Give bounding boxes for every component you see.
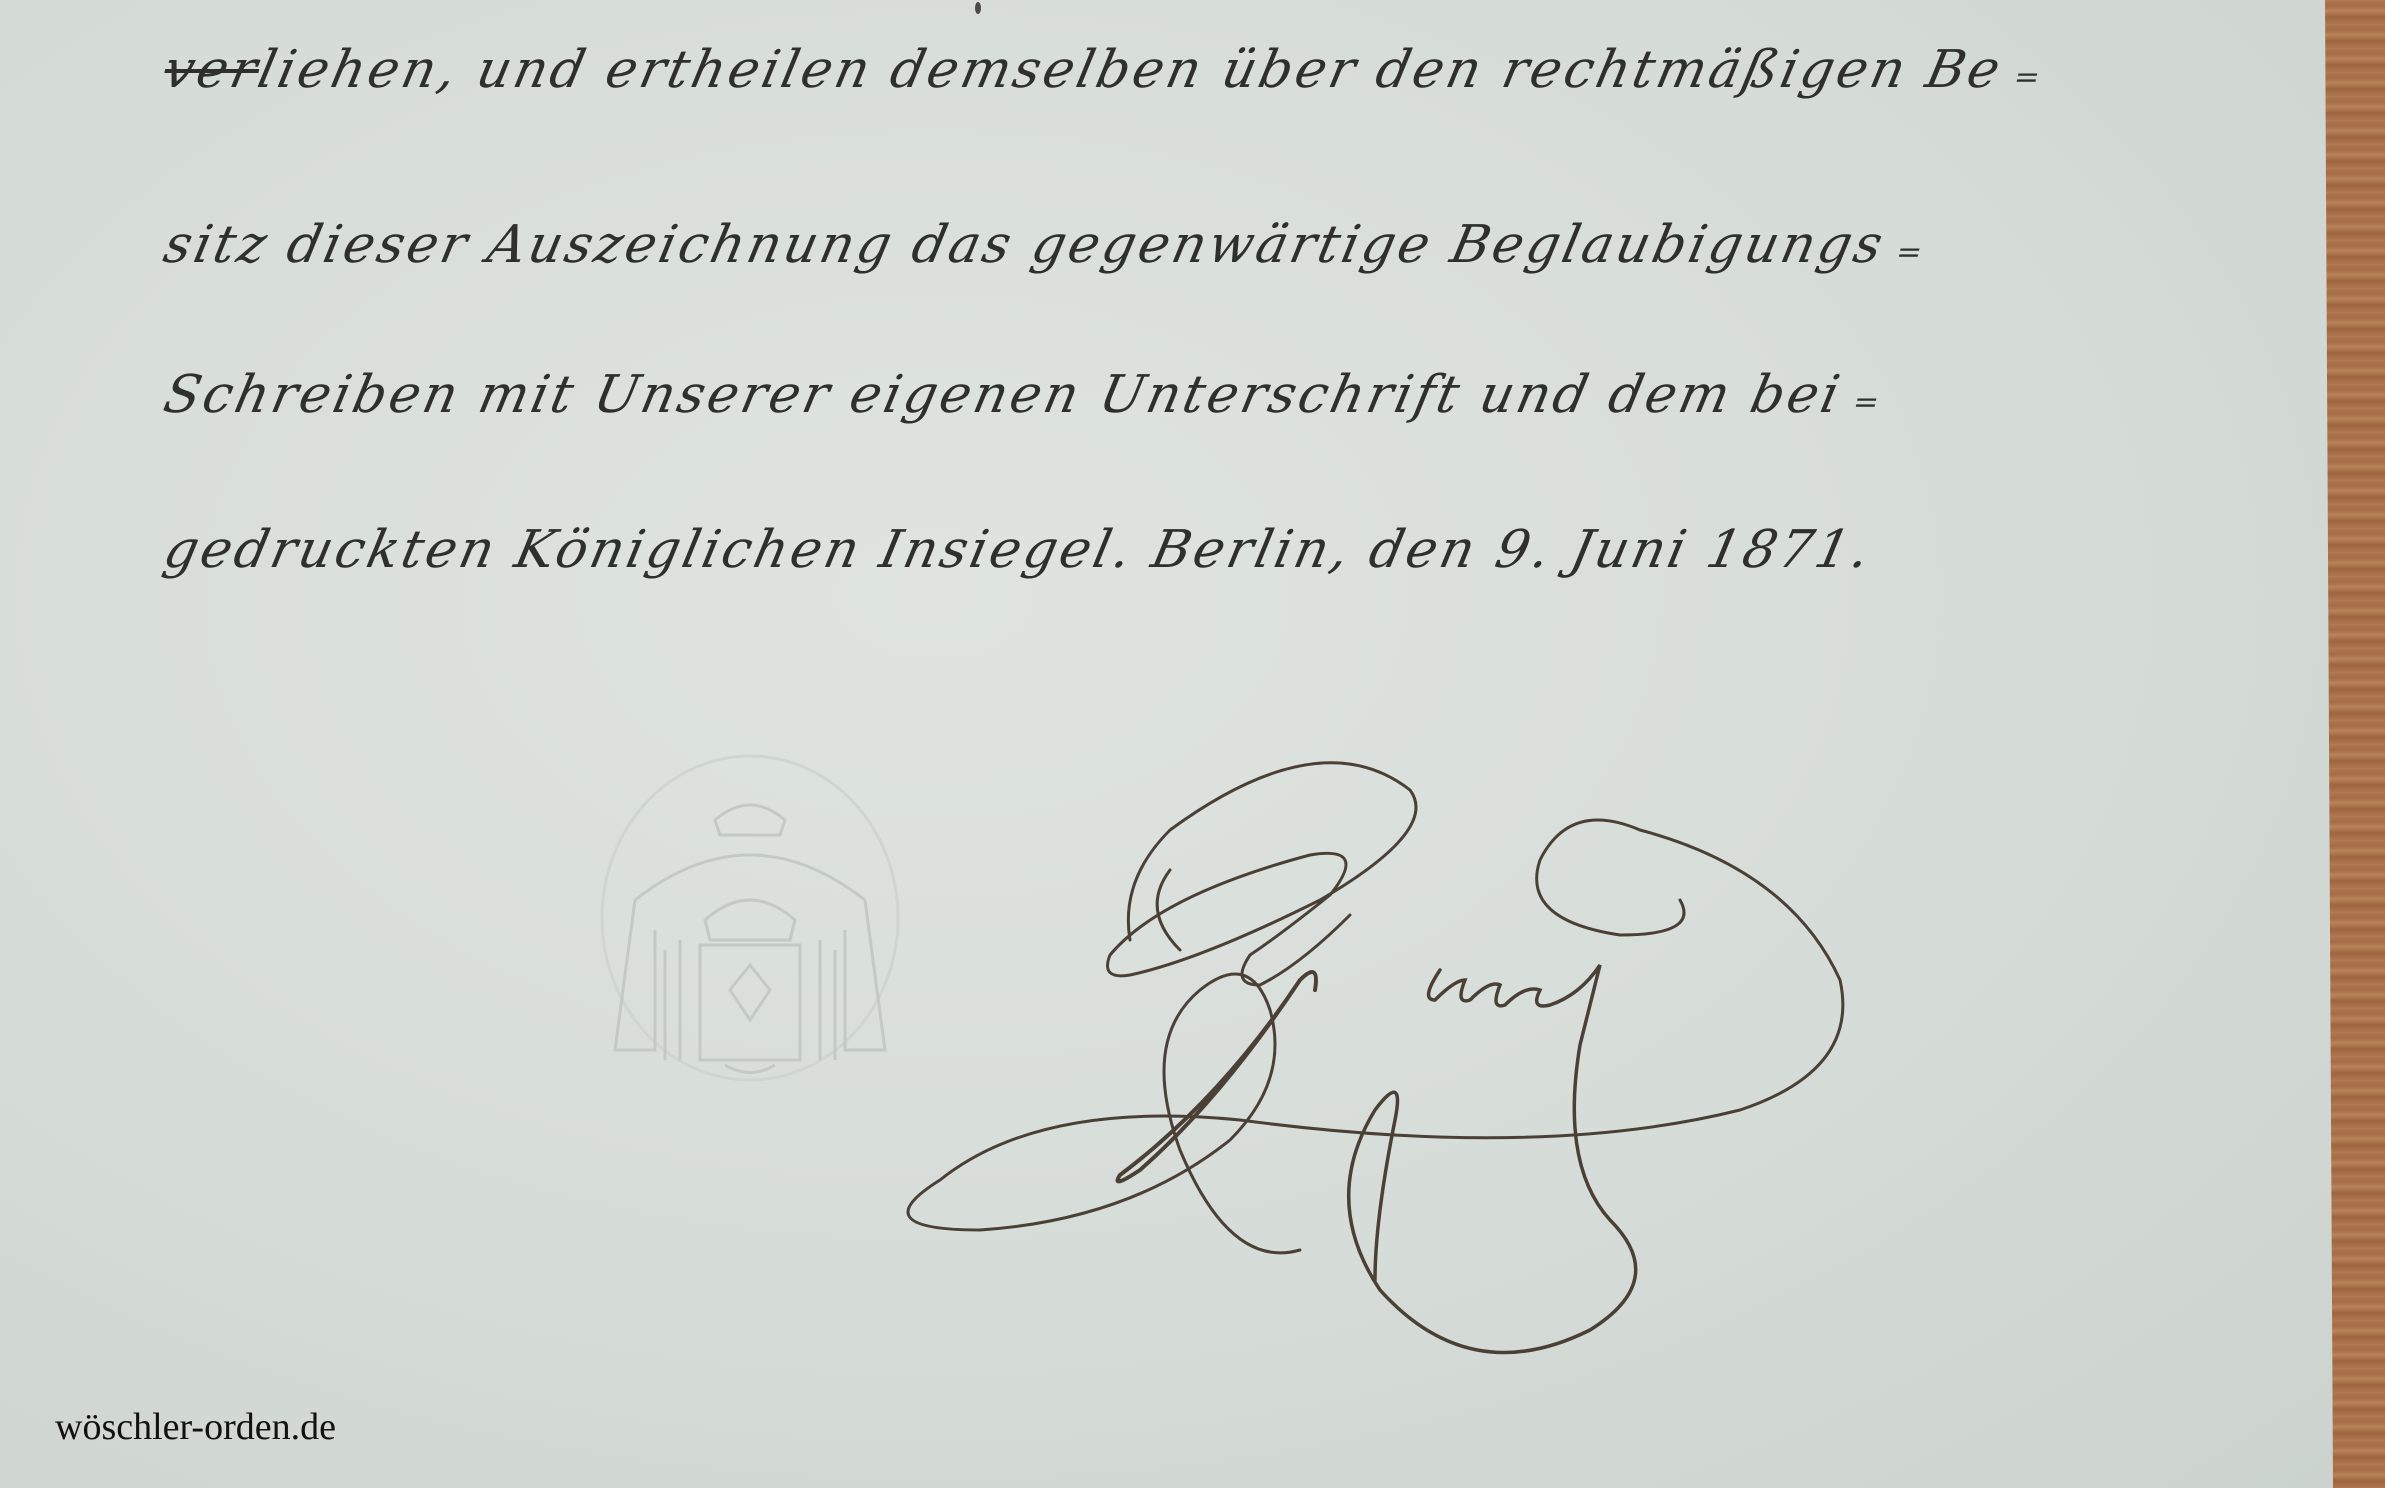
line-2-hyphen: = — [1893, 235, 1929, 270]
line-1-text: liehen, und ertheilen demselben über den… — [253, 40, 2009, 100]
document-line-2: sitz dieser Auszeichnung das gegenwärtig… — [159, 215, 1933, 275]
document-line-3: Schreiben mit Unserer eigenen Unterschri… — [159, 365, 1890, 425]
line-3-text: Schreiben mit Unserer eigenen Unterschri… — [159, 365, 1848, 425]
line-2-text: sitz dieser Auszeichnung das gegenwärtig… — [159, 215, 1891, 275]
struck-word: ver — [159, 40, 266, 100]
document-line-1: verliehen, und ertheilen demselben über … — [159, 40, 2051, 100]
signature-icon — [860, 750, 1960, 1390]
document-line-4: gedruckten Königlichen Insiegel. Berlin,… — [159, 520, 1878, 580]
wooden-table-edge — [2325, 0, 2385, 1488]
line-3-hyphen: = — [1850, 385, 1886, 420]
watermark-text: wöschler-orden.de — [55, 1405, 336, 1449]
line-1-hyphen: = — [2011, 60, 2047, 95]
embossed-seal-icon — [595, 750, 905, 1085]
line-4-text: gedruckten Königlichen Insiegel. Berlin,… — [159, 520, 1878, 580]
ink-speck — [975, 2, 981, 14]
document-paper: verliehen, und ertheilen demselben über … — [0, 0, 2333, 1488]
